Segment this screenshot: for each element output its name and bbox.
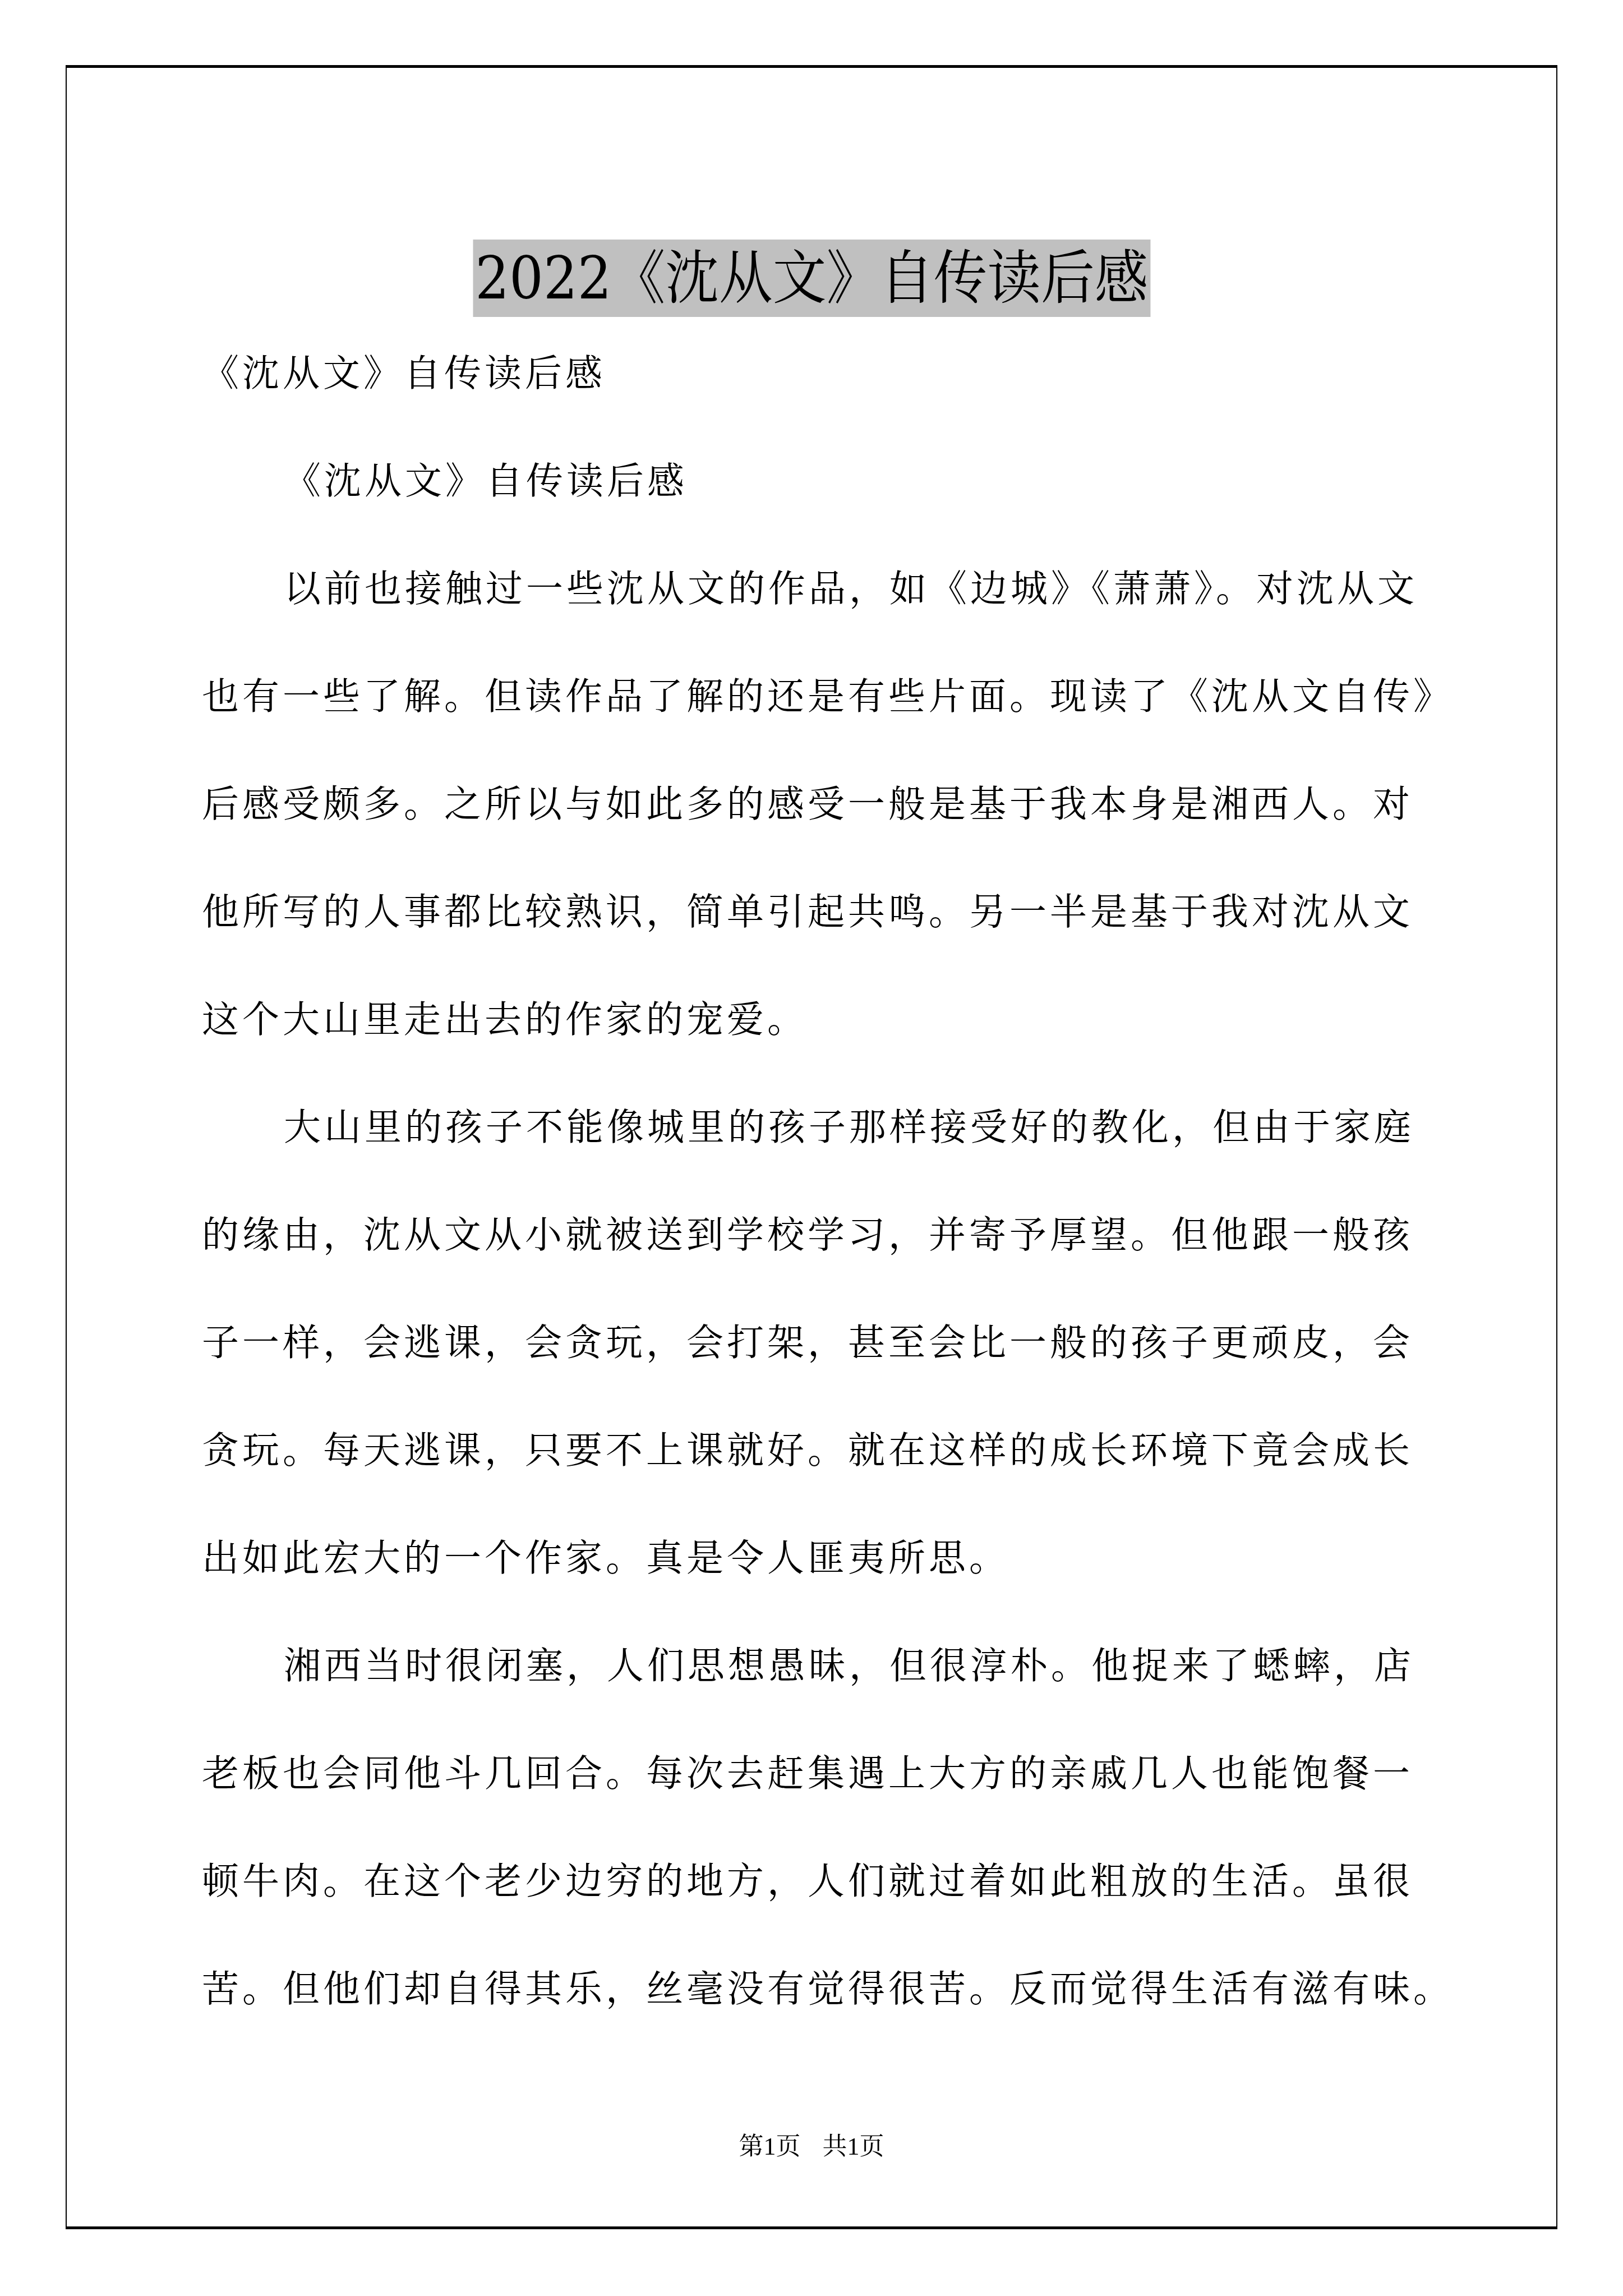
- paragraph-line: 后感受颇多。之所以与如此多的感受一般是基于我本身是湘西人。对: [202, 751, 1458, 858]
- paragraph-line: 也有一些了解。但读作品了解的还是有些片面。现读了《沈从文自传》: [202, 643, 1458, 751]
- paragraph-line: 以前也接触过一些沈从文的作品，如《边城》《萧萧》。对沈从文: [202, 535, 1458, 643]
- document-body: 《沈从文》自传读后感 《沈从文》自传读后感 以前也接触过一些沈从文的作品，如《边…: [202, 320, 1458, 2043]
- paragraph-line: 出如此宏大的一个作家。真是令人匪夷所思。: [202, 1504, 1458, 1612]
- page-number-total: 共1页: [823, 2133, 884, 2160]
- paragraph-line: 贪玩。每天逃课，只要不上课就好。就在这样的成长环境下竟会成长: [202, 1397, 1458, 1504]
- paragraph-line: 子一样，会逃课，会贪玩，会打架，甚至会比一般的孩子更顽皮，会: [202, 1289, 1458, 1397]
- subtitle: 《沈从文》自传读后感: [202, 320, 1458, 427]
- paragraph-line: 湘西当时很闭塞，人们思想愚昧，但很淳朴。他捉来了蟋蟀，店: [202, 1612, 1458, 1720]
- paragraph-line: 顿牛肉。在这个老少边穷的地方，人们就过着如此粗放的生活。虽很: [202, 1828, 1458, 1935]
- paragraph-line: 大山里的孩子不能像城里的孩子那样接受好的教化，但由于家庭: [202, 1074, 1458, 1181]
- page-number-current: 第1页: [739, 2133, 801, 2160]
- document-title: 2022《沈从文》自传读后感: [473, 240, 1150, 317]
- subheading: 《沈从文》自传读后感: [202, 427, 1458, 535]
- paragraph-line: 他所写的人事都比较熟识，简单引起共鸣。另一半是基于我对沈从文: [202, 858, 1458, 966]
- page-footer: 第1页 共1页: [0, 2126, 1623, 2162]
- paragraph-line: 老板也会同他斗几回合。每次去赶集遇上大方的亲戚几人也能饱餐一: [202, 1720, 1458, 1828]
- paragraph-line: 苦。但他们却自得其乐，丝毫没有觉得很苦。反而觉得生活有滋有味。: [202, 1935, 1458, 2043]
- paragraph-line: 这个大山里走出去的作家的宠爱。: [202, 966, 1458, 1074]
- paragraph-line: 的缘由，沈从文从小就被送到学校学习，并寄予厚望。但他跟一般孩: [202, 1181, 1458, 1289]
